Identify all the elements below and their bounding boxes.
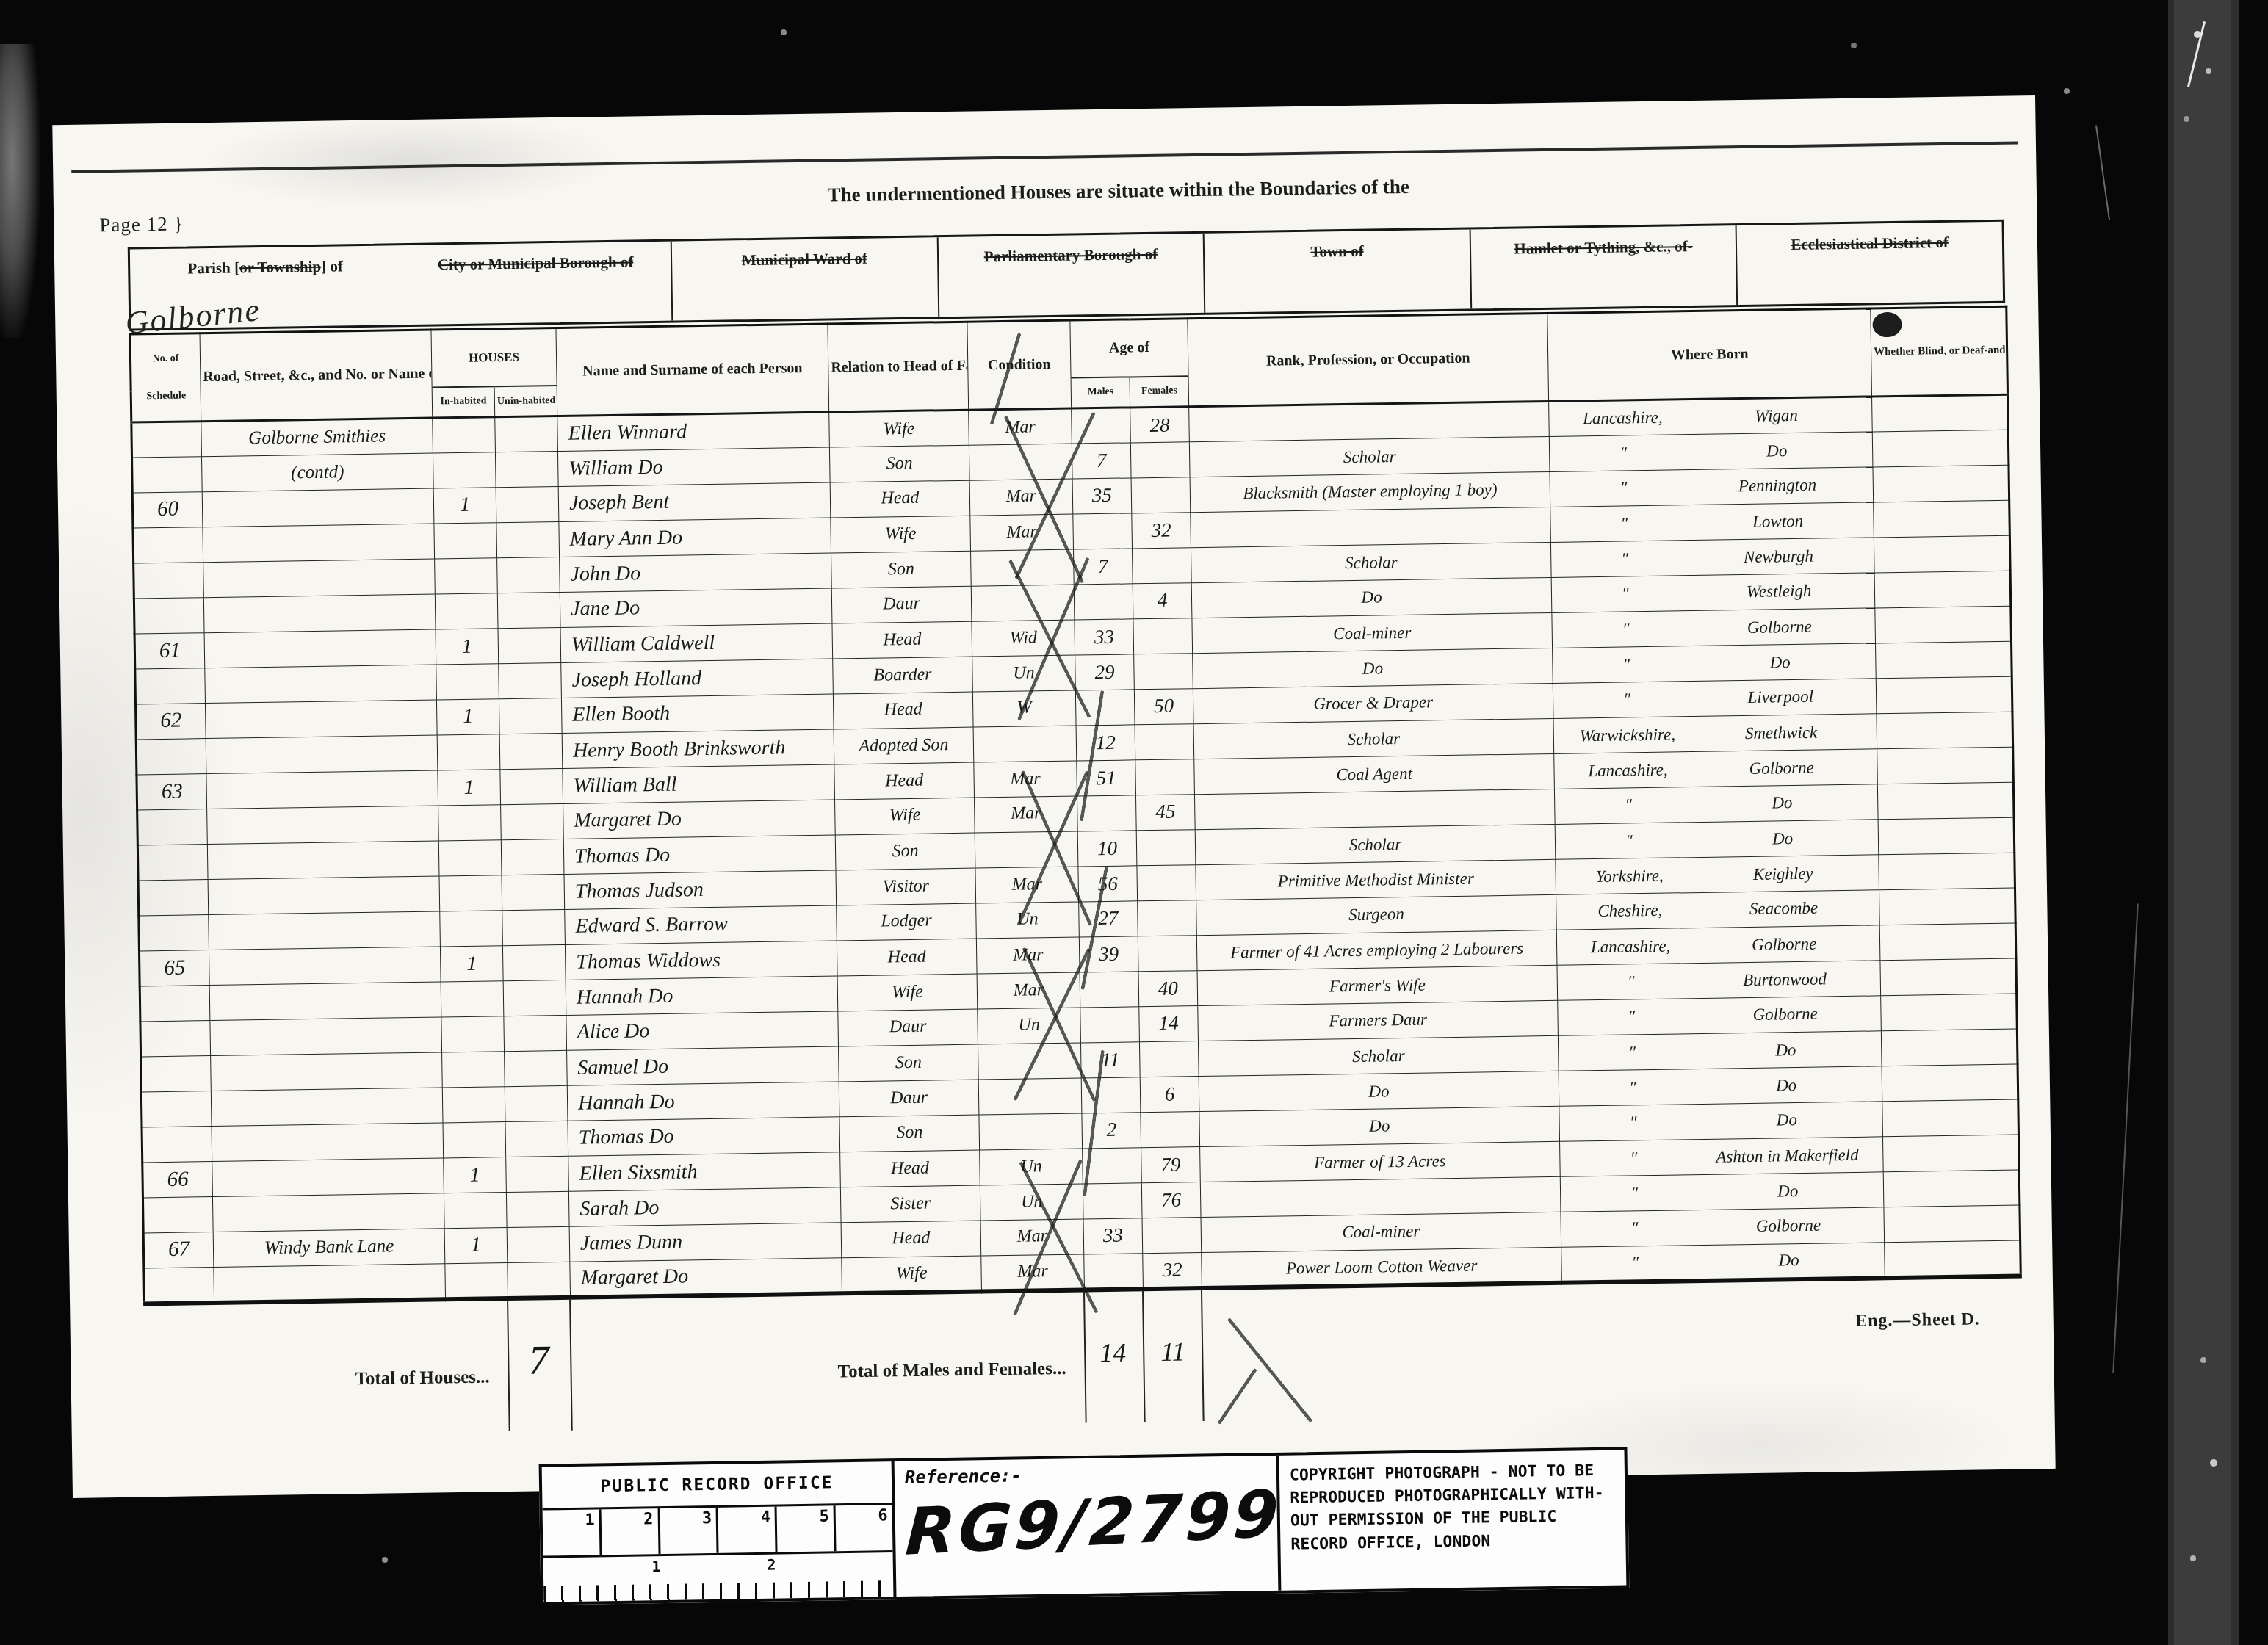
birth-place: Do [1703, 1180, 1873, 1201]
birthplace: ″Do [1560, 1172, 1884, 1212]
schedule-number [137, 845, 208, 881]
age-female: 32 [1143, 1253, 1202, 1289]
infirmity [1879, 887, 2016, 925]
address [212, 1122, 444, 1161]
ruler-inch-scale: 1 2 3 4 5 6 [543, 1505, 893, 1558]
relation: Daur [839, 1080, 979, 1117]
age-female: 76 [1141, 1182, 1201, 1218]
birthplace: Yorkshire,Keighley [1556, 855, 1879, 895]
birth-place: Do [1702, 1074, 1871, 1096]
house-inhabited [440, 910, 503, 946]
infirmity [1877, 747, 2014, 784]
film-scratch [2112, 903, 2138, 1373]
schedule-number: 67 [143, 1232, 214, 1268]
house-inhabited [441, 1016, 505, 1052]
house-uninhabited [503, 980, 566, 1016]
house-inhabited [444, 1193, 507, 1229]
occupation: Primitive Methodist Minister [1196, 859, 1556, 900]
age-male: 11 [1080, 1042, 1140, 1078]
col-males: Males [1071, 377, 1130, 408]
house-inhabited [434, 523, 497, 559]
age-male [1084, 1254, 1144, 1290]
house-inhabited [433, 452, 496, 488]
schedule-number: 63 [137, 774, 207, 810]
relation: Head [841, 1220, 981, 1257]
pro-reference-stamp: PUBLIC RECORD OFFICE 1 2 3 4 5 6 1 2 Ref… [539, 1447, 1630, 1605]
house-uninhabited [495, 416, 558, 452]
ruler-inch-mark: 6 [836, 1505, 893, 1551]
birth-place: Golborne [1694, 616, 1864, 637]
person-name: Edward S. Barrow [565, 905, 837, 944]
birth-county: Lancashire, [1559, 760, 1697, 781]
page-top-rule [71, 141, 2018, 173]
address [203, 559, 436, 598]
col-inhabited: In-habited [432, 386, 495, 418]
occupation: Power Loom Cotton Weaver [1202, 1247, 1562, 1287]
birthplace: ″Lowton [1550, 502, 1874, 543]
birth-county: ″ [1564, 1147, 1702, 1168]
film-edge-band [2168, 0, 2239, 1645]
age-male [1080, 972, 1139, 1008]
birth-place: Newburgh [1694, 546, 1863, 567]
jurisdiction-label: City or Municipal Borough of [438, 253, 634, 273]
infirmity [1882, 1099, 2019, 1136]
house-uninhabited [497, 557, 560, 593]
relation: Wife [831, 516, 971, 553]
birth-place: Golborne [1700, 1003, 1870, 1024]
birthplace: Cheshire,Seacombe [1556, 889, 1880, 930]
address [214, 1264, 446, 1303]
jurisdiction-cell: Hamlet or Tything, &c., of- [1469, 225, 1736, 308]
house-uninhabited [496, 485, 559, 521]
address [209, 982, 441, 1021]
occupation: Do [1191, 576, 1552, 617]
house-inhabited: 1 [444, 1157, 507, 1193]
age-female: 79 [1141, 1147, 1201, 1183]
infirmity [1877, 712, 2013, 749]
col-occupation: Rank, Profession, or Occupation [1188, 313, 1549, 406]
birth-place: Liverpool [1696, 686, 1866, 707]
birth-place: Burtonwood [1700, 969, 1870, 990]
birth-county: ″ [1558, 689, 1696, 710]
age-female [1130, 442, 1190, 478]
birth-county: ″ [1563, 1041, 1701, 1063]
house-inhabited [435, 558, 498, 594]
schedule-number: 60 [132, 491, 203, 527]
occupation: Coal-miner [1192, 612, 1553, 653]
birthplace: ″Do [1559, 1101, 1883, 1141]
occupation: Grocer & Draper [1193, 682, 1553, 723]
person-name: Joseph Holland [561, 659, 834, 698]
col-uninhabited: Unin-habited (U.), or Building (B.) [494, 385, 557, 416]
address [204, 629, 436, 668]
person-name: William Ball [563, 764, 835, 803]
birth-county: ″ [1554, 443, 1692, 464]
schedule-number [141, 1056, 212, 1092]
infirmity [1879, 853, 2015, 890]
house-inhabited: 1 [433, 487, 496, 523]
age-male [1083, 1183, 1142, 1219]
relation: Son [839, 1114, 980, 1151]
address [211, 1088, 443, 1127]
address [207, 805, 439, 844]
age-male [1073, 513, 1133, 549]
reference-number: RG9/2799 [900, 1475, 1288, 1570]
house-uninhabited [499, 697, 562, 733]
age-female [1136, 830, 1196, 866]
total-houses-label: Total of Houses... [181, 1367, 489, 1392]
census-photograph: { "colors": {"paper": "#f7f6f1", "ink": … [0, 0, 2268, 1645]
birth-county: ″ [1566, 1252, 1704, 1273]
total-males-females-label: Total of Males and Females... [585, 1359, 1066, 1386]
person-name: Henry Booth Brinksworth [562, 729, 834, 768]
birthplace: ″Do [1559, 1066, 1882, 1107]
age-female: 45 [1135, 794, 1195, 830]
photo-edge-smudge [0, 44, 40, 338]
house-inhabited [435, 593, 498, 629]
occupation: Scholar [1191, 542, 1552, 582]
infirmity [1881, 993, 2018, 1030]
relation: Lodger [837, 903, 977, 940]
stamp-copyright-notice: COPYRIGHT PHOTOGRAPH - NOT TO BE REPRODU… [1279, 1450, 1627, 1590]
col-females: Females [1130, 376, 1189, 408]
page-title: The undermentioned Houses are situate wi… [494, 170, 1743, 211]
house-inhabited: 1 [436, 629, 499, 665]
col-schedule: No. ofSchedule [130, 333, 201, 422]
birth-county: Lancashire, [1553, 408, 1691, 429]
address [212, 1193, 444, 1232]
birthplace: ″Liverpool [1553, 678, 1877, 718]
condition [978, 1078, 1082, 1115]
occupation: Scholar [1198, 1035, 1559, 1076]
ruler-cm-number: 2 [767, 1556, 776, 1574]
occupation [1200, 1176, 1561, 1217]
condition [973, 726, 1077, 762]
house-inhabited [442, 1087, 505, 1123]
col-houses-group: HOUSES [431, 328, 557, 387]
sheet-note: Eng.—Sheet D. [1650, 1309, 1980, 1334]
birth-place: Wigan [1691, 405, 1861, 427]
address: (contd) [201, 453, 433, 492]
person-name: Ellen Winnard [557, 412, 830, 451]
occupation [1191, 507, 1551, 547]
house-inhabited: 1 [444, 1227, 508, 1263]
age-female: 40 [1138, 971, 1198, 1007]
infirmity [1884, 1204, 2020, 1242]
condition [978, 1043, 1082, 1080]
birth-county: ″ [1560, 830, 1698, 851]
schedule-number [140, 986, 210, 1022]
age-male: 56 [1078, 866, 1138, 902]
schedule-number [134, 597, 204, 633]
house-uninhabited [505, 1050, 568, 1086]
relation: Head [834, 762, 975, 800]
schedule-number: 65 [139, 950, 209, 986]
col-age-group: Age of [1070, 319, 1188, 377]
age-male: 35 [1072, 477, 1132, 513]
person-name: William Do [557, 447, 830, 486]
address [205, 699, 437, 738]
birthplace: ″Golborne [1558, 995, 1882, 1035]
infirmity [1874, 500, 2010, 538]
jurisdiction-cell: City or Municipal Borough of [400, 242, 672, 325]
birth-county: ″ [1566, 1217, 1704, 1238]
occupation: Farmer's Wife [1197, 965, 1558, 1005]
schedule-number [136, 739, 206, 775]
house-uninhabited [506, 1156, 569, 1192]
birth-place: Pennington [1693, 474, 1863, 496]
birthplace: Lancashire,Wigan [1549, 397, 1873, 437]
birth-place: Seacombe [1699, 897, 1868, 919]
dust-speckles [0, 0, 3, 3]
relation: Sister [840, 1185, 980, 1223]
relation: Head [832, 621, 972, 659]
schedule-number: 62 [135, 703, 206, 739]
house-uninhabited [502, 874, 565, 910]
house-inhabited [436, 664, 499, 700]
house-uninhabited [504, 1014, 567, 1050]
person-name: Margaret Do [563, 799, 836, 838]
birth-county: ″ [1562, 971, 1700, 992]
birth-place: Do [1702, 1109, 1871, 1130]
age-female [1139, 1041, 1199, 1077]
address: Windy Bank Lane [213, 1228, 445, 1267]
house-inhabited: 1 [440, 946, 503, 982]
house-inhabited [438, 840, 502, 876]
infirmity [1885, 1240, 2021, 1278]
birthplace: Lancashire,Golborne [1556, 925, 1880, 966]
stamp-reference-area: Reference:- RG9/2799 [895, 1456, 1282, 1597]
person-name: Ellen Sixsmith [568, 1152, 841, 1191]
birth-place: Golborne [1697, 757, 1866, 778]
birthplace: ″Golborne [1561, 1207, 1885, 1247]
birth-county: ″ [1565, 1182, 1703, 1204]
address [210, 1016, 442, 1055]
age-female: 14 [1139, 1005, 1199, 1041]
occupation: Coal Agent [1194, 753, 1555, 794]
house-uninhabited [508, 1262, 571, 1298]
house-uninhabited [502, 908, 566, 944]
occupation: Scholar [1189, 436, 1550, 477]
house-uninhabited [499, 733, 563, 769]
schedule-number [140, 1020, 211, 1056]
infirmity [1876, 641, 2012, 679]
age-male: 33 [1083, 1218, 1143, 1254]
birth-county: ″ [1564, 1111, 1702, 1132]
schedule-number [139, 914, 209, 950]
occupation: Do [1199, 1105, 1560, 1146]
occupation: Surgeon [1196, 894, 1557, 934]
birth-place: Do [1692, 440, 1862, 461]
person-name: Alice Do [566, 1010, 839, 1049]
age-male: 12 [1076, 725, 1135, 761]
film-scratch [2095, 125, 2110, 220]
ruler-inch-mark: 2 [601, 1508, 660, 1555]
house-uninhabited [498, 627, 561, 663]
birthplace: ″Ashton in Makerfield [1560, 1137, 1884, 1177]
house-uninhabited [500, 768, 563, 804]
birthplace: ″Westleigh [1551, 572, 1875, 612]
occupation: Do [1199, 1071, 1559, 1111]
ruler-cm-scale: 1 2 [543, 1552, 894, 1602]
schedule-number [132, 457, 203, 493]
jurisdiction-cell: Ecclesiastical District of [1736, 222, 2003, 305]
ruler-inch-mark: 1 [543, 1509, 602, 1555]
col-relation: Relation to Head of Family [828, 322, 969, 412]
birth-county: Warwickshire, [1559, 725, 1697, 746]
infirmity [1877, 781, 2014, 819]
relation: Son [831, 551, 972, 588]
age-male [1074, 583, 1133, 619]
address [202, 488, 434, 527]
age-male [1080, 1006, 1140, 1042]
schedule-number [134, 563, 204, 599]
person-name: James Dunn [569, 1222, 842, 1261]
house-inhabited [439, 875, 502, 911]
house-inhabited [445, 1263, 508, 1299]
birthplace: ″Do [1553, 643, 1877, 684]
house-inhabited: 1 [438, 770, 501, 806]
relation: Wife [837, 974, 978, 1011]
schedule-number: 61 [134, 633, 205, 669]
jurisdiction-label: Ecclesiastical District of [1791, 234, 1949, 253]
age-female [1138, 936, 1197, 972]
address [203, 524, 435, 563]
infirmity [1883, 1170, 2020, 1207]
birth-place: Keighley [1698, 863, 1868, 884]
condition: Mar [980, 1218, 1084, 1255]
total-females-value: 11 [1143, 1336, 1204, 1367]
stamp-office-name: PUBLIC RECORD OFFICE [542, 1461, 892, 1510]
condition: Mar [969, 478, 1073, 515]
house-inhabited [442, 1052, 505, 1088]
address [207, 841, 439, 880]
occupation: Blacksmith (Master employing 1 boy) [1190, 471, 1550, 511]
birthplace: ″Do [1558, 1031, 1882, 1071]
birthplace: ″Do [1555, 820, 1879, 860]
infirmity [1880, 958, 2017, 996]
person-name: Joseph Bent [558, 482, 831, 521]
relation: Boarder [833, 657, 973, 694]
condition: Mar [969, 408, 1072, 445]
age-female: 6 [1140, 1077, 1199, 1113]
person-name: Jane Do [560, 587, 832, 626]
address [209, 911, 441, 950]
person-name: William Caldwell [560, 623, 833, 662]
age-female [1142, 1217, 1202, 1253]
birth-county: ″ [1555, 513, 1693, 535]
age-female: 50 [1134, 688, 1193, 724]
address [203, 593, 436, 632]
age-male: 29 [1075, 654, 1135, 690]
infirmity [1876, 676, 2012, 713]
birth-place: Do [1698, 828, 1868, 849]
infirmity [1882, 1064, 2018, 1102]
col-road: Road, Street, &c., and No. or Name of Ho… [200, 330, 433, 422]
schedule-number: 66 [142, 1162, 213, 1198]
ruler-inch-mark: 4 [718, 1507, 778, 1553]
birth-place: Ashton in Makerfield [1702, 1145, 1872, 1166]
age-female [1137, 865, 1196, 901]
house-uninhabited [502, 944, 566, 980]
person-name: Thomas Do [563, 835, 836, 874]
birth-county: ″ [1564, 1077, 1702, 1098]
address [212, 1158, 444, 1197]
parish-label-prefix: Parish [ [187, 258, 239, 277]
birthplace: ″Newburgh [1550, 538, 1874, 578]
relation: Wife [835, 797, 975, 834]
age-female: 4 [1133, 582, 1192, 618]
birthplace: Warwickshire,Smethwick [1553, 714, 1877, 754]
house-uninhabited [501, 839, 564, 875]
address [206, 735, 438, 774]
jurisdiction-cell: Municipal Ward of [671, 237, 938, 320]
birth-county: ″ [1562, 1005, 1700, 1027]
age-female [1133, 548, 1192, 584]
relation: Daur [838, 1008, 978, 1046]
occupation: Farmer of 41 Acres employing 2 Labourers [1196, 930, 1557, 970]
house-inhabited [441, 981, 504, 1017]
birth-county: ″ [1559, 795, 1697, 816]
infirmity [1872, 394, 2009, 432]
house-inhabited [438, 804, 502, 840]
address [206, 770, 438, 809]
address: Golborne Smithies [201, 418, 433, 457]
relation: Wife [829, 410, 969, 447]
birth-county: ″ [1557, 619, 1695, 640]
person-name: Thomas Judson [564, 870, 837, 909]
address [205, 665, 437, 704]
person-name: Thomas Do [568, 1116, 840, 1155]
infirmity [1875, 606, 2012, 643]
schedule-number [142, 1197, 213, 1233]
birthplace: ″Pennington [1550, 466, 1874, 507]
jurisdiction-cell: Parliamentary Borough of [936, 234, 1204, 317]
ruler-inch-mark: 3 [660, 1508, 719, 1554]
person-name: Ellen Booth [561, 693, 834, 732]
relation: Head [833, 691, 973, 728]
film-scratch [2187, 21, 2206, 87]
person-name: Hannah Do [566, 976, 838, 1015]
relation: Son [829, 445, 969, 482]
age-female [1131, 477, 1191, 513]
infirmity [1878, 817, 2015, 855]
occupation: Coal-miner [1201, 1211, 1561, 1251]
occupation [1194, 788, 1555, 828]
schedule-number [133, 527, 203, 563]
age-female [1141, 1111, 1200, 1147]
age-female [1134, 654, 1193, 690]
person-name: John Do [560, 553, 832, 592]
col-name: Name and Surname of each Person [556, 324, 829, 416]
condition [979, 1113, 1083, 1149]
relation: Adopted Son [834, 727, 974, 764]
birthplace: ″Burtonwood [1557, 961, 1881, 1001]
stamp-ruler: PUBLIC RECORD OFFICE 1 2 3 4 5 6 1 2 [542, 1461, 897, 1602]
age-female: 28 [1130, 407, 1190, 443]
age-female: 32 [1132, 513, 1191, 549]
birth-place: Golborne [1700, 933, 1869, 955]
address [208, 876, 440, 915]
person-name: Samuel Do [567, 1046, 839, 1085]
age-female [1135, 759, 1195, 795]
total-houses-value: 7 [508, 1337, 571, 1384]
age-female [1138, 900, 1197, 936]
house-inhabited [443, 1121, 506, 1157]
birth-county: Cheshire, [1561, 900, 1699, 921]
house-uninhabited [495, 451, 558, 487]
house-inhabited: 1 [436, 698, 499, 734]
